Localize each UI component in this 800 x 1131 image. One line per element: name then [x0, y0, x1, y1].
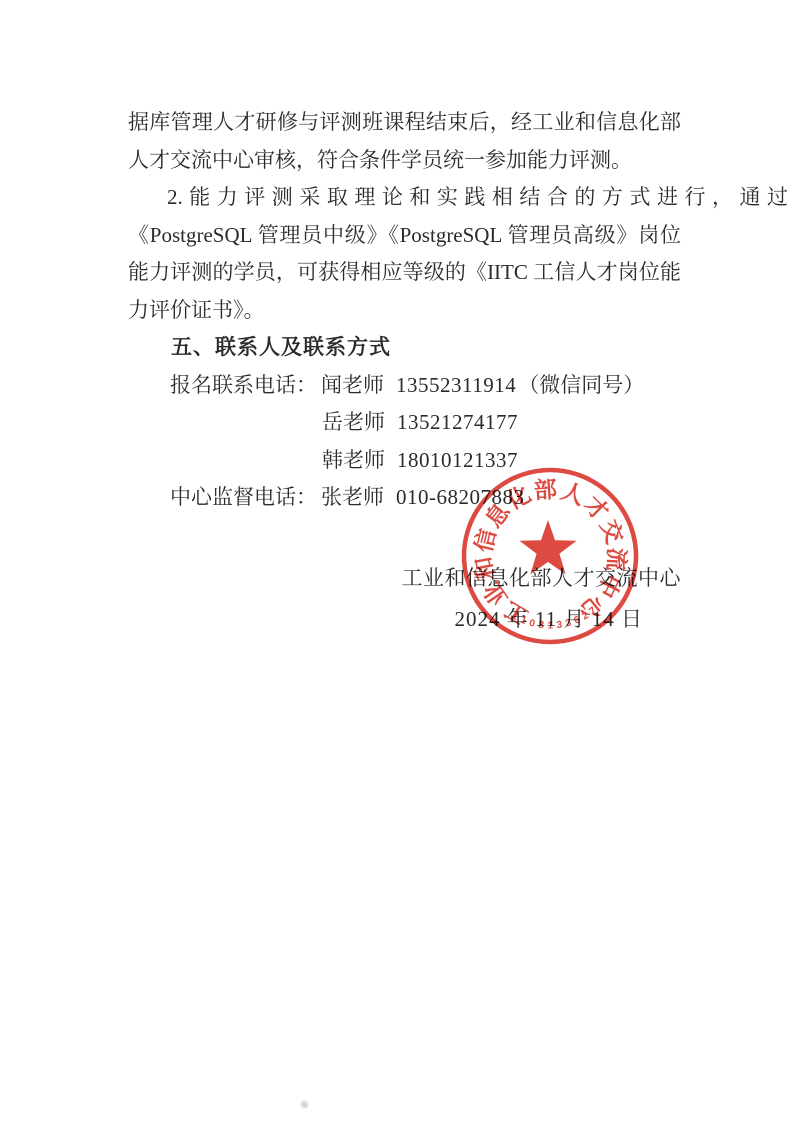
official-seal: 工业和信息化部人才交流中心 1108133627: [450, 456, 650, 656]
supervision-label: 中心监督电话：: [170, 485, 317, 509]
paragraph1-line2: 人才交流中心审核，符合条件学员统一参加能力评测。: [128, 142, 681, 180]
svg-text:0: 0: [528, 618, 537, 630]
enroll-label: 报名联系电话：: [170, 373, 317, 397]
contact-name: 闻老师: [321, 373, 384, 397]
paragraph2-line1: 2.能力评测采取理论和实践相结合的方式进行，通过: [128, 179, 788, 217]
contact-name: 岳老师: [322, 410, 385, 434]
paragraph2-line2: 《PostgreSQL 管理员中级》《PostgreSQL 管理员高级》岗位: [128, 217, 681, 255]
contact-name: 张老师: [321, 485, 384, 509]
paragraph1-line1: 据库管理人才研修与评测班课程结束后，经工业和信息化部: [128, 104, 681, 142]
enroll-contact-row-2: 岳老师13521274177: [128, 404, 681, 442]
svg-text:3: 3: [564, 617, 573, 629]
contact-section-heading: 五、联系人及联系方式: [128, 329, 681, 367]
paragraph2-line4: 力评价证书》。: [128, 292, 681, 330]
contact-phone: 13521274177: [397, 410, 518, 434]
svg-text:6: 6: [573, 614, 583, 626]
svg-text:部: 部: [533, 476, 558, 504]
seal-star-icon: [519, 520, 576, 574]
enroll-contact-row-1: 报名联系电话：闻老师13552311914（微信同号）: [128, 367, 681, 405]
svg-text:1: 1: [547, 620, 553, 631]
svg-text:交: 交: [596, 517, 628, 548]
contact-note: （微信同号）: [518, 373, 644, 397]
contact-phone: 13552311914: [396, 373, 516, 397]
svg-text:3: 3: [556, 619, 563, 631]
svg-text:8: 8: [538, 620, 545, 632]
svg-text:流: 流: [603, 547, 630, 571]
paragraph2-line3: 能力评测的学员，可获得相应等级的《IITC 工信人才岗位能: [128, 254, 681, 292]
svg-text:和: 和: [471, 555, 500, 582]
scan-artifact: [300, 1100, 309, 1109]
svg-text:信: 信: [470, 526, 501, 554]
contact-name: 韩老师: [322, 448, 385, 472]
document-page: 据库管理人才研修与评测班课程结束后，经工业和信息化部 人才交流中心审核，符合条件…: [0, 0, 800, 1131]
